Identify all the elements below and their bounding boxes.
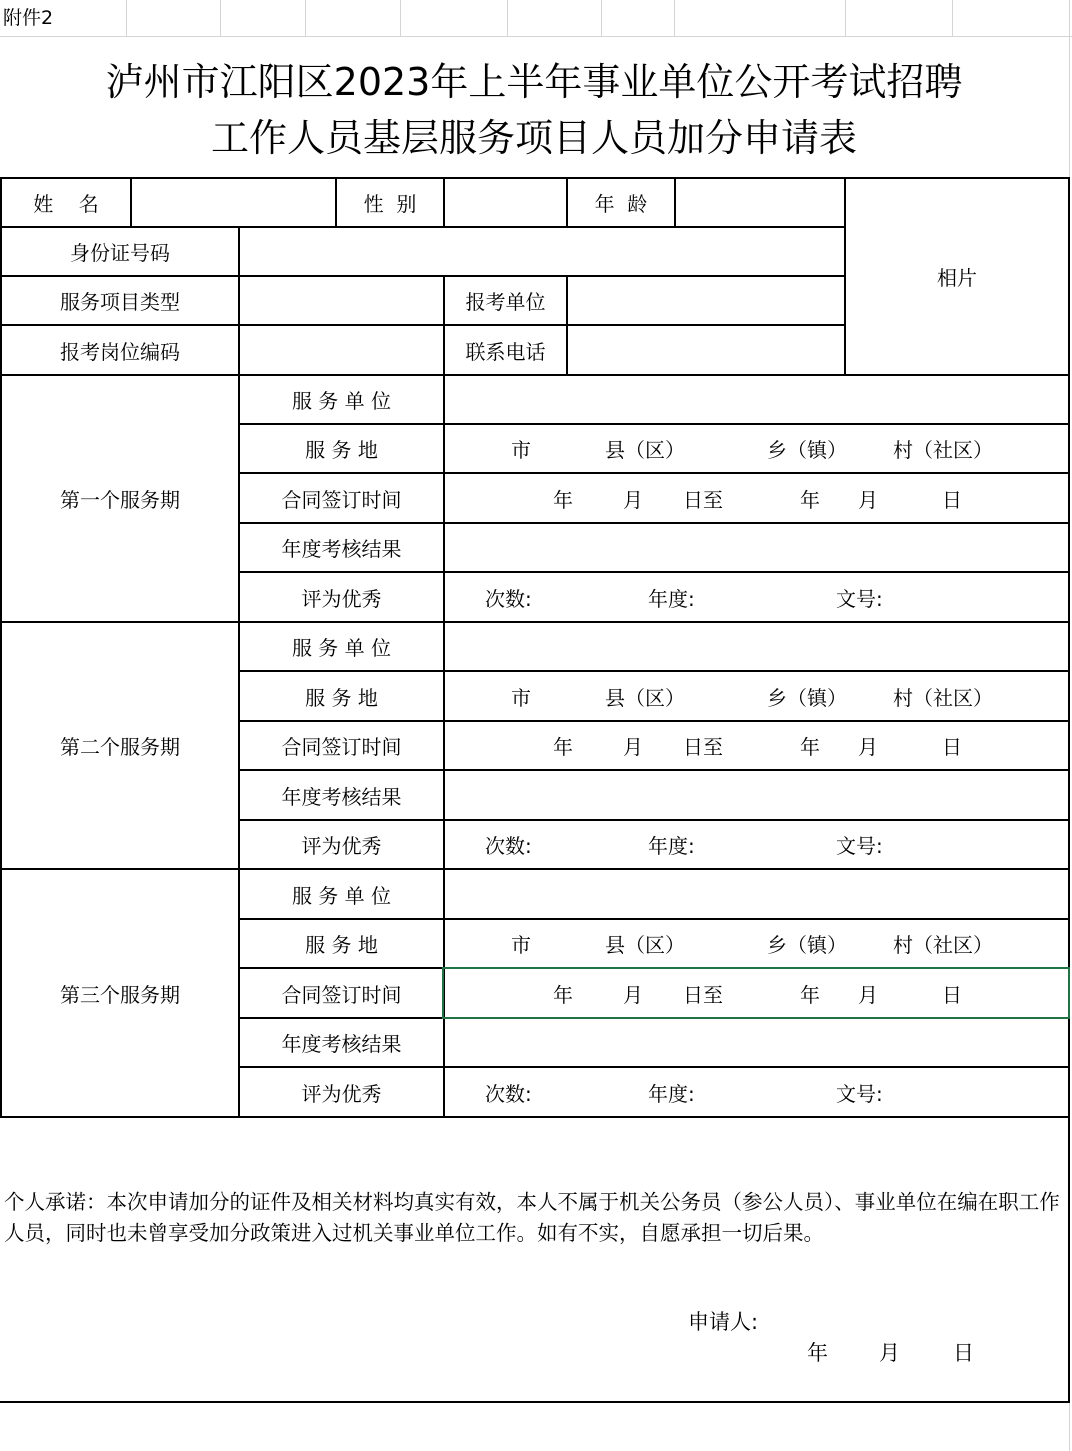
gender-input[interactable] xyxy=(443,177,568,228)
assessment-label-cell: 年度考核结果 xyxy=(238,769,445,821)
applicant-label: 申请人: xyxy=(688,1306,758,1336)
start-year: 年 xyxy=(553,731,573,760)
service-place-label: 服 务 地 xyxy=(305,682,378,711)
assessment-label: 年度考核结果 xyxy=(282,533,402,562)
name-label: 姓 名 xyxy=(33,188,98,217)
county-suffix: 县（区） xyxy=(605,434,685,463)
assessment-label: 年度考核结果 xyxy=(282,1028,402,1057)
excellent-doc-no: 文号: xyxy=(836,830,883,859)
name-input[interactable] xyxy=(130,177,337,228)
service-unit-label: 服 务 单 位 xyxy=(292,632,391,661)
assessment-input[interactable] xyxy=(443,522,1070,573)
period-label: 第一个服务期 xyxy=(60,484,180,513)
end-year: 年 xyxy=(800,484,820,513)
form-title-line1: 泸州市江阳区2023年上半年事业单位公开考试招聘 xyxy=(0,56,1068,108)
start-day-to: 日至 xyxy=(683,484,723,513)
contract-time-label: 合同签订时间 xyxy=(282,979,402,1008)
end-year: 年 xyxy=(800,731,820,760)
service-place-input[interactable]: 市 县（区） 乡（镇） 村（社区） xyxy=(443,918,1070,969)
form-title-line2: 工作人员基层服务项目人员加分申请表 xyxy=(0,112,1068,164)
contract-time-input[interactable]: 年 月 日至 年 月 日 xyxy=(443,720,1070,771)
phone-label: 联系电话 xyxy=(466,336,546,365)
excellent-label-cell: 评为优秀 xyxy=(238,571,445,623)
gridline xyxy=(507,0,508,36)
period-label: 第三个服务期 xyxy=(60,979,180,1008)
start-month: 月 xyxy=(623,731,643,760)
service-place-label: 服 务 地 xyxy=(305,929,378,958)
service-type-input[interactable] xyxy=(238,275,445,326)
excellent-year: 年度: xyxy=(648,830,695,859)
start-year: 年 xyxy=(553,979,573,1008)
service-unit-label: 服 务 单 位 xyxy=(292,880,391,909)
village-suffix: 村（社区） xyxy=(893,682,993,711)
excellent-doc-no: 文号: xyxy=(836,1078,883,1107)
excellent-input[interactable]: 次数: 年度: 文号: xyxy=(443,1066,1070,1118)
apply-unit-label: 报考单位 xyxy=(466,286,546,315)
assessment-input[interactable] xyxy=(443,769,1070,821)
town-suffix: 乡（镇） xyxy=(767,434,847,463)
gender-label-cell: 性 别 xyxy=(335,177,445,228)
excellent-label: 评为优秀 xyxy=(302,1078,382,1107)
contract-time-label-cell: 合同签订时间 xyxy=(238,720,445,771)
excellent-input[interactable]: 次数: 年度: 文号: xyxy=(443,819,1070,870)
service-unit-input[interactable] xyxy=(443,374,1070,425)
excellent-label-cell: 评为优秀 xyxy=(238,1066,445,1118)
post-code-input[interactable] xyxy=(238,324,445,376)
service-place-input[interactable]: 市 县（区） 乡（镇） 村（社区） xyxy=(443,670,1070,722)
start-day-to: 日至 xyxy=(683,979,723,1008)
excellent-count: 次数: xyxy=(485,830,532,859)
gridline xyxy=(400,0,401,36)
service-place-label-cell: 服 务 地 xyxy=(238,423,445,474)
excellent-input[interactable]: 次数: 年度: 文号: xyxy=(443,571,1070,623)
end-day: 日 xyxy=(942,484,962,513)
name-label-cell: 姓 名 xyxy=(0,177,132,228)
period-label-cell: 第一个服务期 xyxy=(0,374,240,623)
age-label-cell: 年 龄 xyxy=(566,177,676,228)
period-label-cell: 第三个服务期 xyxy=(0,868,240,1118)
phone-label-cell: 联系电话 xyxy=(443,324,568,376)
gender-label: 性 别 xyxy=(364,188,417,217)
service-unit-label: 服 务 单 位 xyxy=(292,385,391,414)
contract-time-label-cell: 合同签订时间 xyxy=(238,472,445,524)
id-input[interactable] xyxy=(238,226,846,277)
declaration-block[interactable] xyxy=(0,1116,1070,1403)
service-place-label-cell: 服 务 地 xyxy=(238,918,445,969)
assessment-input[interactable] xyxy=(443,1017,1070,1068)
service-place-input[interactable]: 市 县（区） 乡（镇） 村（社区） xyxy=(443,423,1070,474)
town-suffix: 乡（镇） xyxy=(767,929,847,958)
age-label: 年 龄 xyxy=(595,188,648,217)
gridline xyxy=(845,0,846,36)
phone-input[interactable] xyxy=(566,324,846,376)
attachment-label: 附件2 xyxy=(3,6,53,30)
id-label: 身份证号码 xyxy=(70,237,170,266)
excellent-label: 评为优秀 xyxy=(302,830,382,859)
start-day-to: 日至 xyxy=(683,731,723,760)
contract-time-input[interactable]: 年 月 日至 年 月 日 xyxy=(443,967,1070,1019)
county-suffix: 县（区） xyxy=(605,682,685,711)
sign-year: 年 xyxy=(807,1337,828,1367)
excellent-year: 年度: xyxy=(648,583,695,612)
contract-time-label: 合同签订时间 xyxy=(282,484,402,513)
declaration-text: 个人承诺：本次申请加分的证件及相关材料均真实有效，本人不属于机关公务员（参公人员… xyxy=(4,1187,1066,1249)
apply-unit-input[interactable] xyxy=(566,275,846,326)
town-suffix: 乡（镇） xyxy=(767,682,847,711)
gridline xyxy=(952,0,953,36)
end-month: 月 xyxy=(858,484,878,513)
service-unit-input[interactable] xyxy=(443,621,1070,672)
gridline xyxy=(220,0,221,36)
apply-unit-label-cell: 报考单位 xyxy=(443,275,568,326)
excellent-count: 次数: xyxy=(485,583,532,612)
start-year: 年 xyxy=(553,484,573,513)
excellent-year: 年度: xyxy=(648,1078,695,1107)
city-suffix: 市 xyxy=(511,929,531,958)
service-type-label: 服务项目类型 xyxy=(60,286,180,315)
assessment-label-cell: 年度考核结果 xyxy=(238,522,445,573)
service-unit-label-cell: 服 务 单 位 xyxy=(238,868,445,920)
end-day: 日 xyxy=(942,731,962,760)
service-unit-label-cell: 服 务 单 位 xyxy=(238,374,445,425)
city-suffix: 市 xyxy=(511,434,531,463)
id-label-cell: 身份证号码 xyxy=(0,226,240,277)
end-day: 日 xyxy=(942,979,962,1008)
photo-cell[interactable]: 相片 xyxy=(844,177,1070,376)
post-code-label-cell: 报考岗位编码 xyxy=(0,324,240,376)
period-label-cell: 第二个服务期 xyxy=(0,621,240,870)
post-code-label: 报考岗位编码 xyxy=(60,336,180,365)
sign-day: 日 xyxy=(953,1337,974,1367)
start-month: 月 xyxy=(623,484,643,513)
end-month: 月 xyxy=(858,979,878,1008)
excellent-count: 次数: xyxy=(485,1078,532,1107)
village-suffix: 村（社区） xyxy=(893,929,993,958)
service-unit-input[interactable] xyxy=(443,868,1070,920)
gridline xyxy=(601,0,602,36)
county-suffix: 县（区） xyxy=(605,929,685,958)
assessment-label: 年度考核结果 xyxy=(282,781,402,810)
gridline xyxy=(674,0,675,36)
assessment-label-cell: 年度考核结果 xyxy=(238,1017,445,1068)
contract-time-label: 合同签订时间 xyxy=(282,731,402,760)
service-place-label-cell: 服 务 地 xyxy=(238,670,445,722)
contract-time-label-cell: 合同签订时间 xyxy=(238,967,445,1019)
end-month: 月 xyxy=(858,731,878,760)
excellent-doc-no: 文号: xyxy=(836,583,883,612)
service-place-label: 服 务 地 xyxy=(305,434,378,463)
sign-month: 月 xyxy=(879,1337,900,1367)
city-suffix: 市 xyxy=(511,682,531,711)
gridline xyxy=(305,0,306,36)
period-label: 第二个服务期 xyxy=(60,731,180,760)
sheet-grid-row xyxy=(0,0,1072,37)
photo-label: 相片 xyxy=(937,262,977,291)
service-unit-label-cell: 服 务 单 位 xyxy=(238,621,445,672)
start-month: 月 xyxy=(623,979,643,1008)
village-suffix: 村（社区） xyxy=(893,434,993,463)
gridline xyxy=(126,0,127,36)
age-input[interactable] xyxy=(674,177,846,228)
end-year: 年 xyxy=(800,979,820,1008)
excellent-label: 评为优秀 xyxy=(302,583,382,612)
contract-time-input[interactable]: 年 月 日至 年 月 日 xyxy=(443,472,1070,524)
excellent-label-cell: 评为优秀 xyxy=(238,819,445,870)
service-type-label-cell: 服务项目类型 xyxy=(0,275,240,326)
